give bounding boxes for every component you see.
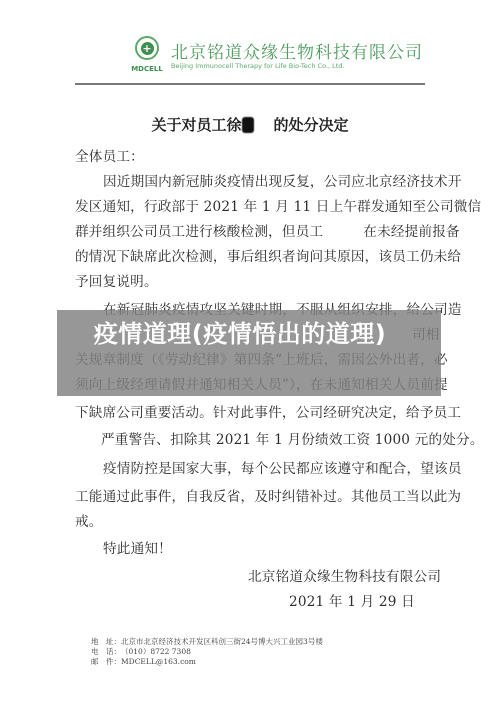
body-line: 工能通过此事件，自我反省，及时纠错补过。其他员工当以此为 [75,485,461,505]
body-line: 发区通知，行政部于 2021 年 1 月 11 日上午群发通知至公司微信 [75,195,481,215]
signature-date: 2021 年 1 月 29 日 [289,590,415,610]
company-logo: + MDCELL [127,36,167,80]
redaction-mark [242,117,254,133]
body-line: 予回复说明。 [75,270,158,290]
company-name-en: Beijing Immunocell Therapy for Life Bio-… [171,62,345,70]
body-line: 的情况下缺席此次检测，事后组织者询问其原因，该员工仍未给 [75,245,461,265]
body-line: 戒。 [75,510,103,530]
footer-phone: 电 话：（010）8722 7308 [91,646,323,656]
body-line: 严重警告、扣除其 2021 年 1 月份绩效工资 1000 元的处分。 [75,428,484,448]
closing-line: 特此通知！ [103,537,172,557]
salutation: 全体员工： [75,145,144,165]
footer-contact: 地 址：北京市北京经济技术开发区科创三街24号博大兴工业园3号楼 电 话：（01… [91,636,323,666]
body-line: 群并组织公司员工进行核酸检测，但员工在未经提前报备 [75,220,460,240]
body-line: 下缺席公司重要活动。针对此事件，公司经研究决定，给予员工 [75,401,461,421]
company-name-cn: 北京铭道众缘生物科技有限公司 [171,38,423,63]
body-line: 疫情防控是国家大事，每个公民都应该遵守和配合，望该员 [103,457,462,477]
header-divider [75,83,425,85]
letterhead: + MDCELL 北京铭道众缘生物科技有限公司 Beijing Immunoce… [0,0,500,90]
footer-email: 邮 件：MDCELL@163.com [91,656,323,666]
body-line: 因近期国内新冠肺炎疫情出现反复，公司应北京经济技术开 [103,170,462,190]
signature-company: 北京铭道众缘生物科技有限公司 [248,565,441,585]
overlay-title: 疫情道理(疫情悟出的道理) [70,318,410,351]
laurel-cross-icon: + [135,36,159,60]
document-title: 关于对员工徐的处分决定 [0,114,500,135]
logo-text: MDCELL [127,65,167,73]
footer-address: 地 址：北京市北京经济技术开发区科创三街24号博大兴工业园3号楼 [91,636,323,646]
